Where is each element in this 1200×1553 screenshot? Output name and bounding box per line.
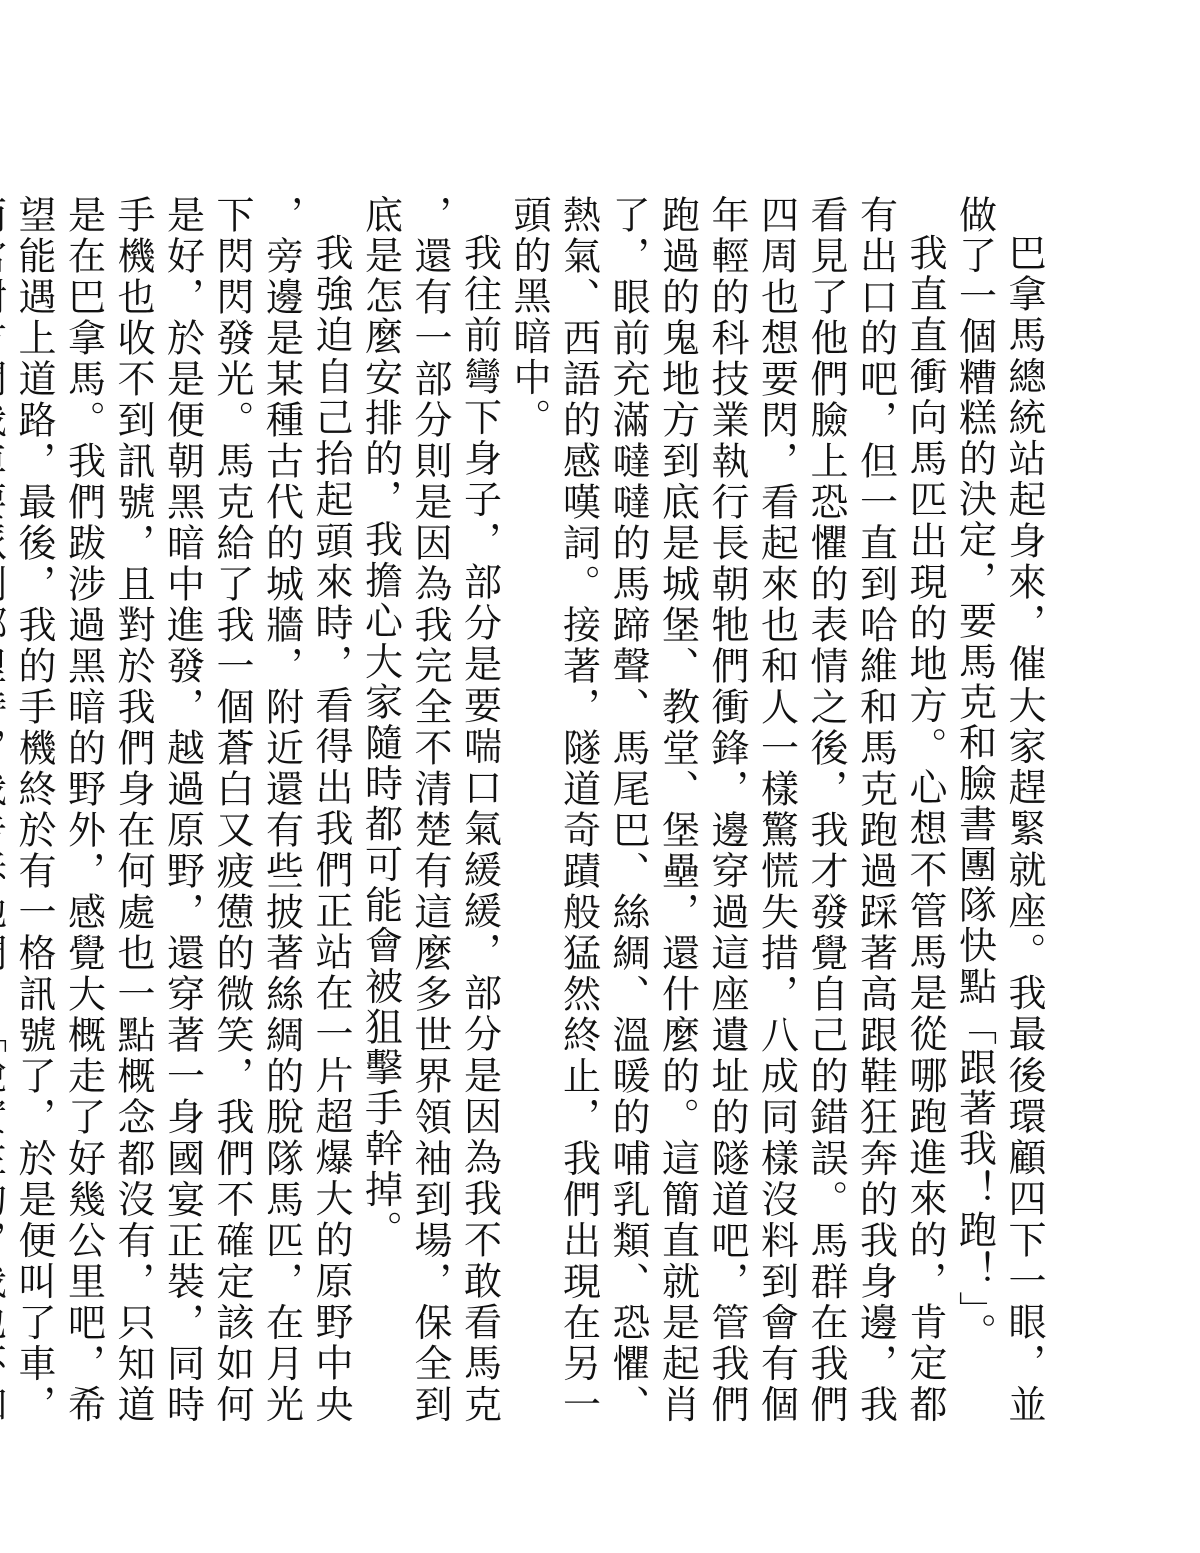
paragraph-4: 我強迫自己抬起頭來時，看得出我們正站在一片超爆大的原野中央，旁邊是某種古代的城牆… (0, 195, 355, 1425)
paragraph-3: 我往前彎下身子，部分是要喘口氣緩緩，部分是因為我不敢看馬克，還有一部分則是因為我… (355, 195, 504, 1425)
paragraph-2: 我直直衝向馬匹出現的地方。心想不管馬是從哪跑進來的，肯定都有出口的吧，但一直到哈… (504, 195, 950, 1425)
paragraph-1: 巴拿馬總統站起身來，催大家趕緊就座。我最後環顧四下一眼，並做了一個糟糕的決定，要… (949, 195, 1048, 1425)
book-page: 巴拿馬總統站起身來，催大家趕緊就座。我最後環顧四下一眼，並做了一個糟糕的決定，要… (0, 195, 1048, 1425)
